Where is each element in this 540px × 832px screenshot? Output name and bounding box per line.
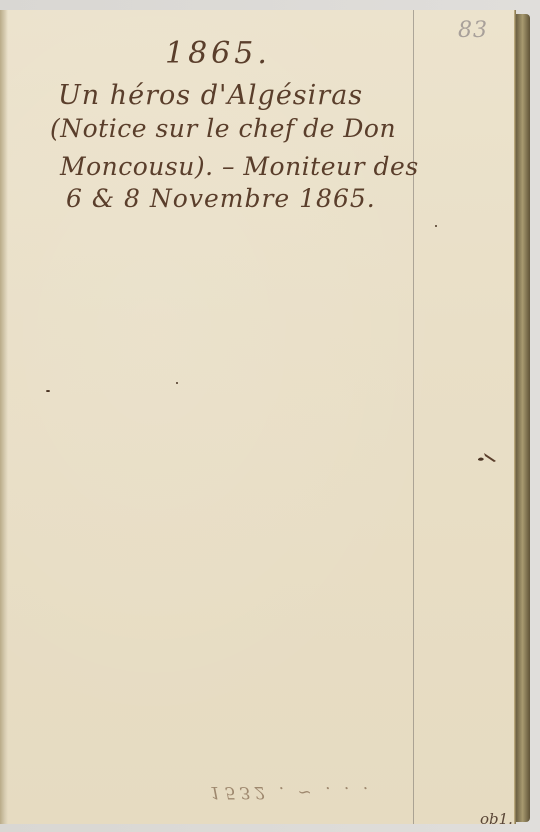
ink-speck	[46, 390, 50, 392]
ink-speck	[435, 225, 437, 227]
entry-line-1: Un héros d'Algésiras	[58, 80, 363, 111]
right-margin-line	[413, 10, 414, 824]
folio-number: 83	[458, 18, 488, 43]
ink-blot-mark	[476, 450, 498, 464]
entry-line-3: Moncousu). – Moniteur des	[60, 152, 419, 181]
binding-edge	[0, 10, 8, 824]
entry-line-4: 6 & 8 Novembre 1865.	[66, 184, 376, 213]
bottom-right-mark: ob1.	[480, 810, 513, 824]
year-heading: 1865.	[165, 36, 271, 71]
entry-line-2: (Notice sur le chef de Don	[50, 114, 396, 143]
notebook-page: 83 1865. Un héros d'Algésiras (Notice su…	[0, 10, 514, 824]
offset-ghost-text: 1532 . ~ . . .	[210, 782, 372, 802]
ink-speck	[176, 382, 178, 384]
